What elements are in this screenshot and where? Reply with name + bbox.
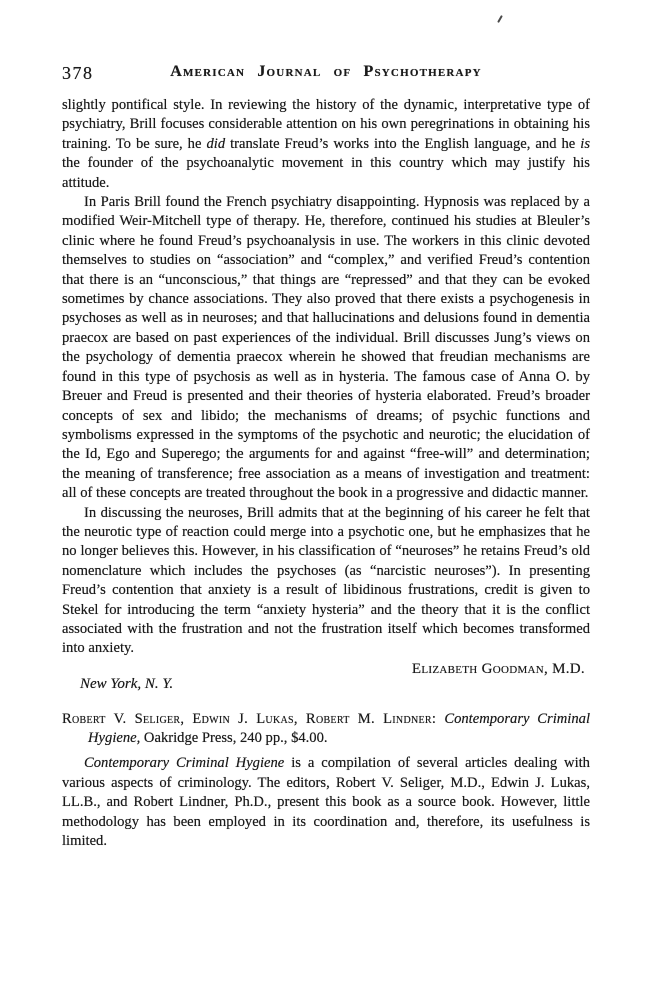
italic-text-run: did xyxy=(206,136,225,152)
text-run: In discussing the neuroses, Brill admits… xyxy=(62,505,590,657)
book-review-criminal-hygiene: Robert V. Seliger, Edwin J. Lukas, Rober… xyxy=(62,710,590,852)
page-body: slightly pontifical style. In reviewing … xyxy=(62,96,590,851)
italic-text-run: Contemporary Criminal Hygiene xyxy=(84,755,284,771)
review-paragraph: Contemporary Criminal Hygiene is a compi… xyxy=(62,754,590,851)
running-head: 378 American Journal of Psychotherapy xyxy=(62,63,590,83)
small-caps-text-run: Robert V. Seliger, Edwin J. Lukas, Rober… xyxy=(62,711,444,727)
journal-title: American Journal of Psychotherapy xyxy=(62,63,590,81)
review-paragraph-continuation: slightly pontifical style. In reviewing … xyxy=(62,96,590,193)
review-citation-heading: Robert V. Seliger, Edwin J. Lukas, Rober… xyxy=(62,710,590,749)
text-run: Oakridge Press, 240 pp., $4.00. xyxy=(140,730,327,746)
journal-page: 378 American Journal of Psychotherapy sl… xyxy=(0,0,650,995)
text-run: the founder of the psychoanalytic moveme… xyxy=(62,155,590,190)
reviewer-location: New York, N. Y. xyxy=(80,676,173,692)
text-run: In Paris Brill found the French psychiat… xyxy=(62,194,590,501)
italic-text-run: is xyxy=(580,136,590,152)
text-run: translate Freud’s works into the English… xyxy=(225,136,580,152)
reviewer-signature: Elizabeth Goodman, M.D. xyxy=(412,661,585,677)
review-paragraph: In discussing the neuroses, Brill admits… xyxy=(62,504,590,659)
scan-speck xyxy=(497,15,503,23)
page-number: 378 xyxy=(62,63,94,84)
book-review-brill: slightly pontifical style. In reviewing … xyxy=(62,96,590,695)
review-paragraph: In Paris Brill found the French psychiat… xyxy=(62,193,590,504)
